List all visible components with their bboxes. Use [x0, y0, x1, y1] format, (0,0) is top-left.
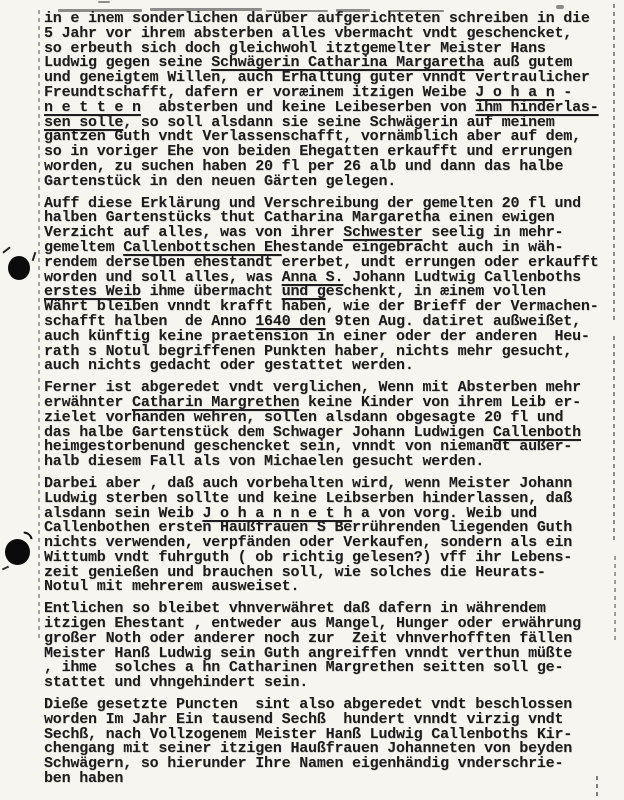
text-segment: auch nichts gedacht oder gestattet werde…: [44, 357, 414, 374]
document-text: in e inem sonderlichen darüber aufgerich…: [44, 12, 622, 787]
paragraph: Entlichen so bleibet vhnverwähret daß da…: [44, 602, 622, 691]
left-margin-rule: [38, 10, 40, 640]
smudge-mark: [98, 1, 110, 3]
ink-blot: [5, 539, 30, 565]
text-segment: Notul mit mehrerem ausweiset.: [44, 578, 299, 595]
text-line: Gartenstück in den neuen Gärten gelegen.: [44, 175, 622, 190]
text-segment: stattet und vhngehindert sein.: [44, 674, 308, 691]
paragraph: Dieße gesetzte Puncten sint also abgered…: [44, 698, 622, 787]
paragraph: in e inem sonderlichen darüber aufgerich…: [44, 12, 622, 190]
text-line: ben haben: [44, 772, 622, 787]
text-segment: Gartenstück in den neuen Gärten gelegen.: [44, 173, 396, 190]
paragraph: Ferner ist abgeredet vndt verglichen, We…: [44, 381, 622, 470]
text-segment: halb diesem Fall als von Michaelen gesuc…: [44, 453, 484, 470]
document-page: in e inem sonderlichen darüber aufgerich…: [0, 0, 624, 800]
text-line: halb diesem Fall als von Michaelen gesuc…: [44, 455, 622, 470]
text-line: Notul mit mehrerem ausweiset.: [44, 580, 622, 595]
paragraph: Auff diese Erklärung und Verschreibung d…: [44, 197, 622, 375]
ink-blot: [8, 256, 30, 280]
text-line: Schwägern, so hierunder Ihre Namen eigen…: [44, 757, 622, 772]
paragraph: Darbei aber , daß auch vorbehalten wird,…: [44, 477, 622, 595]
text-line: stattet und vhngehindert sein.: [44, 676, 622, 691]
smudge-mark: [556, 5, 564, 9]
text-line: auch nichts gedacht oder gestattet werde…: [44, 359, 622, 374]
text-segment: ben haben: [44, 770, 123, 787]
